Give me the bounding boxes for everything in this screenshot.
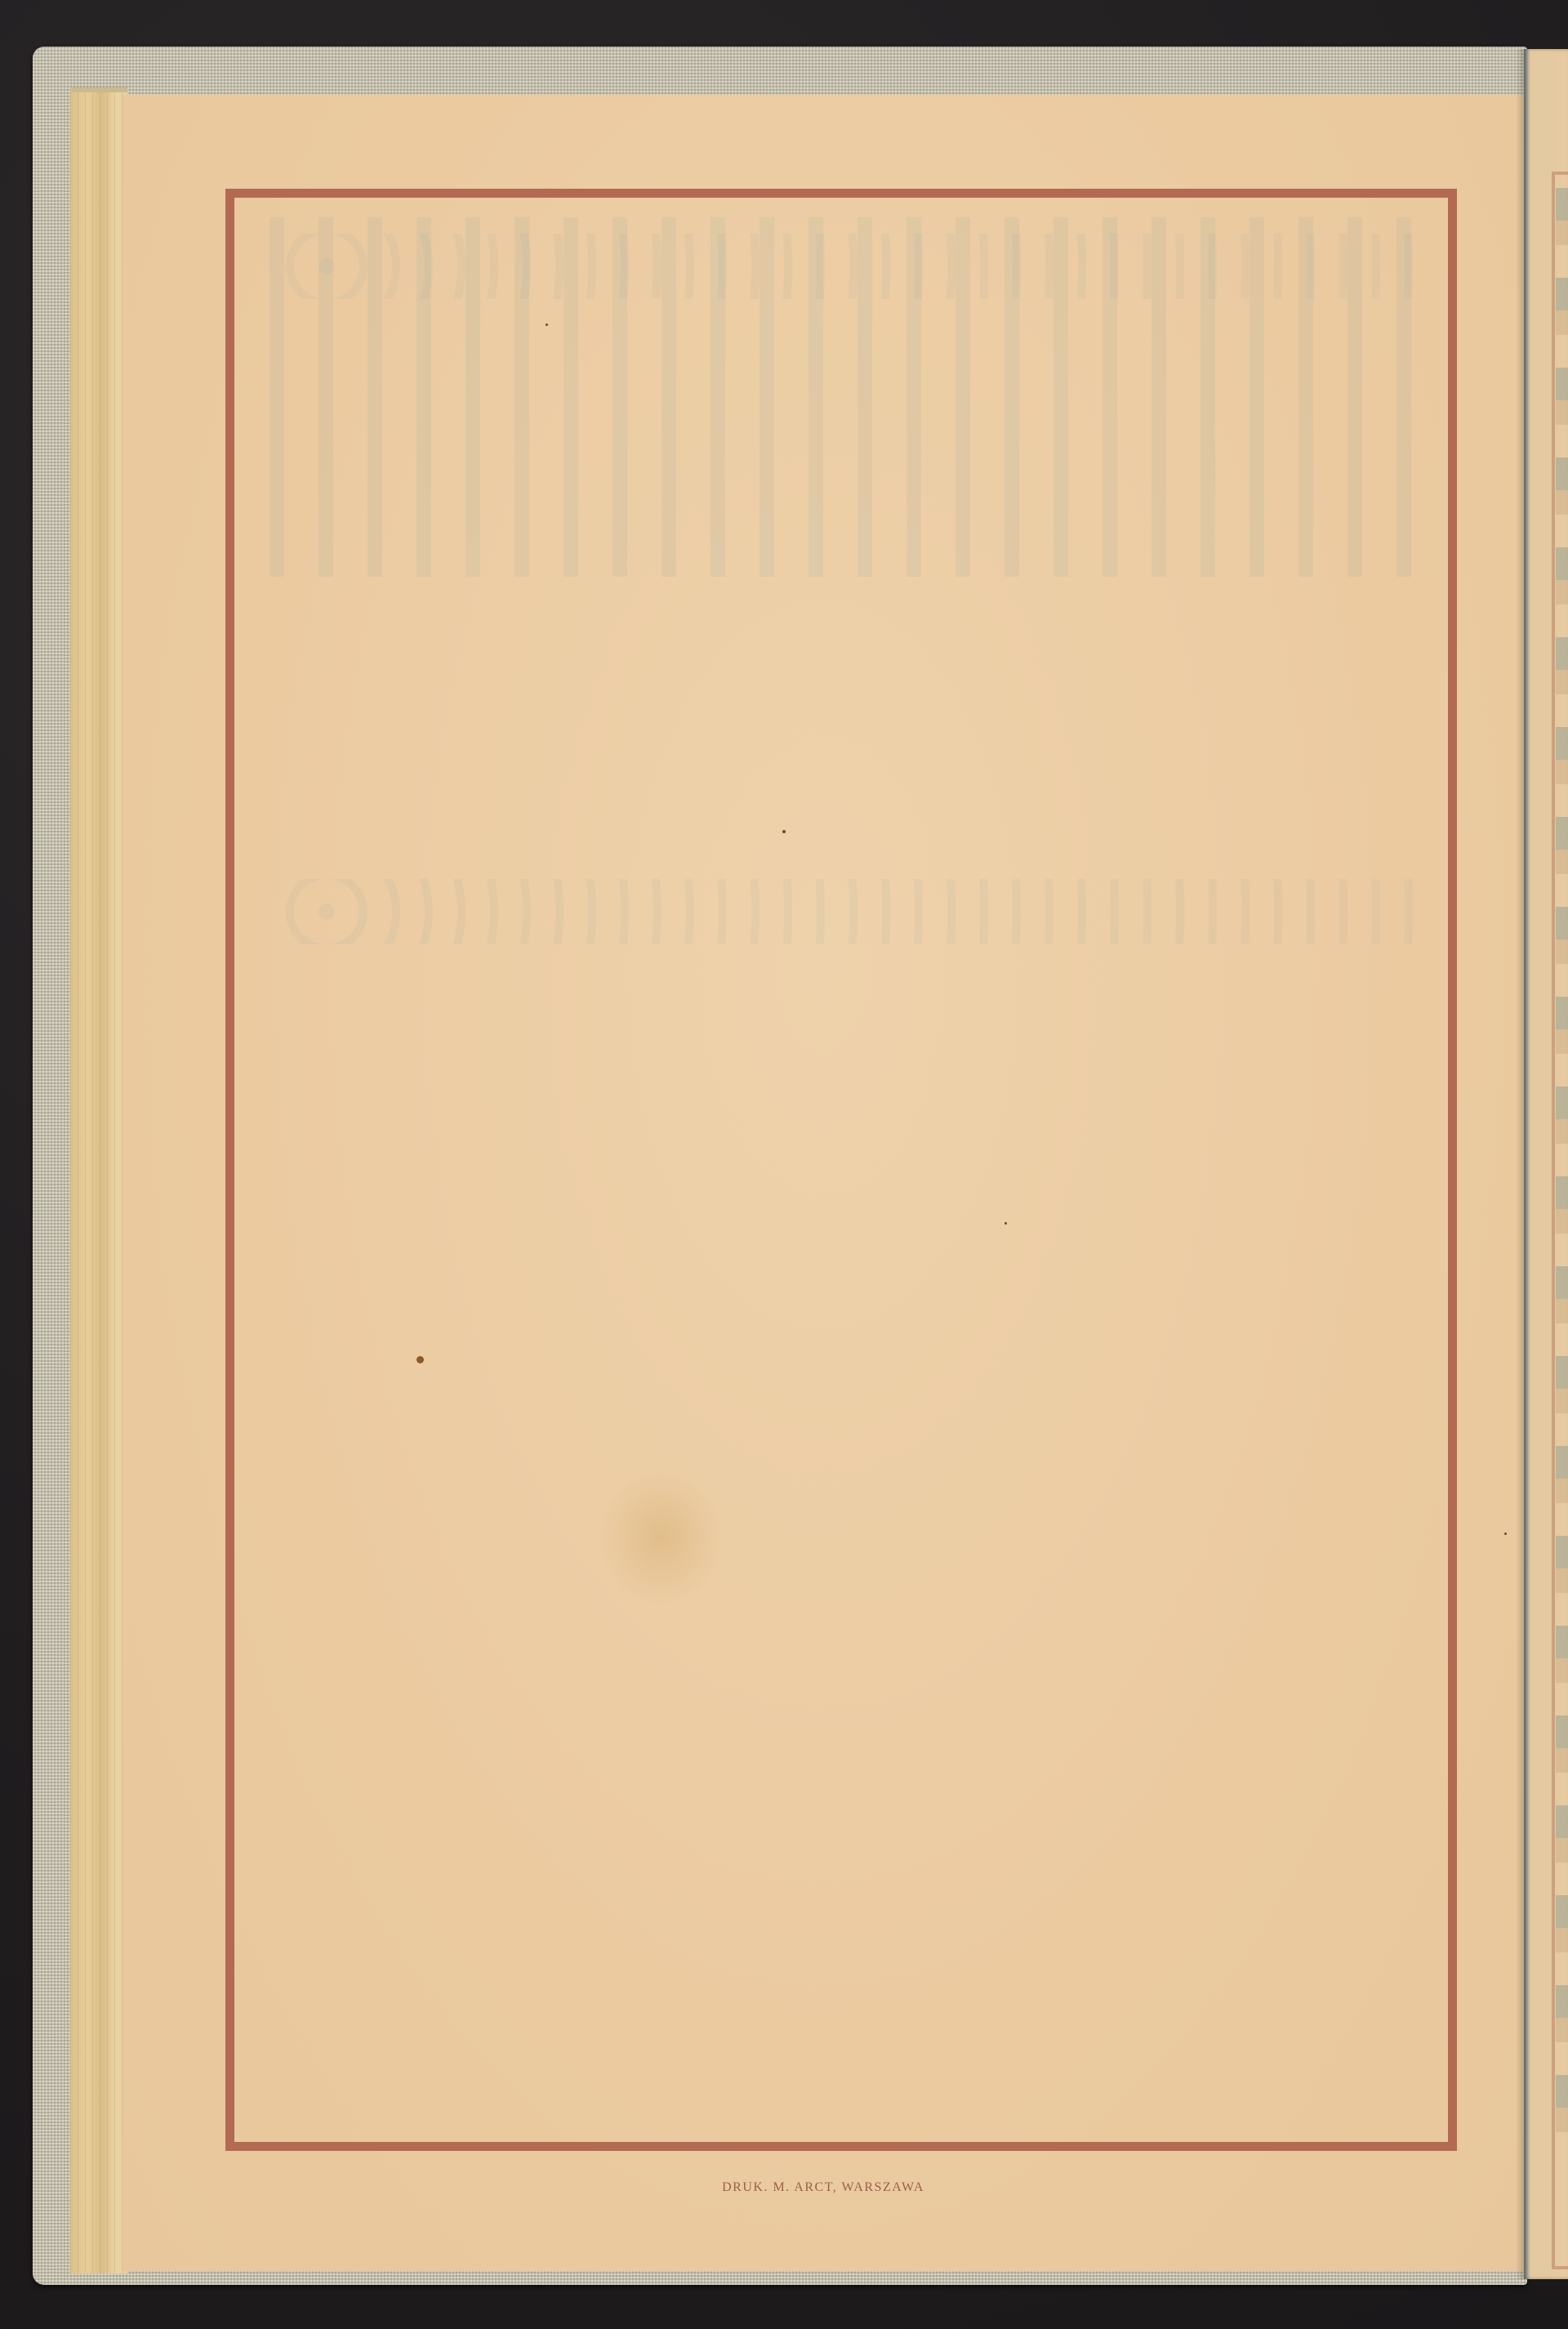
page-edges [70, 87, 127, 2273]
speck [1004, 1222, 1007, 1225]
facing-page-ornament [1556, 188, 1568, 2148]
decorative-frame [225, 189, 1457, 2151]
speck [1504, 1533, 1507, 1535]
printer-imprint: DRUK. M. ARCT, WARSZAWA [122, 2180, 1524, 2195]
foxing-spot [416, 1356, 424, 1363]
speck [782, 830, 786, 833]
book-page: DRUK. M. ARCT, WARSZAWA [122, 95, 1524, 2271]
speck [546, 323, 548, 326]
